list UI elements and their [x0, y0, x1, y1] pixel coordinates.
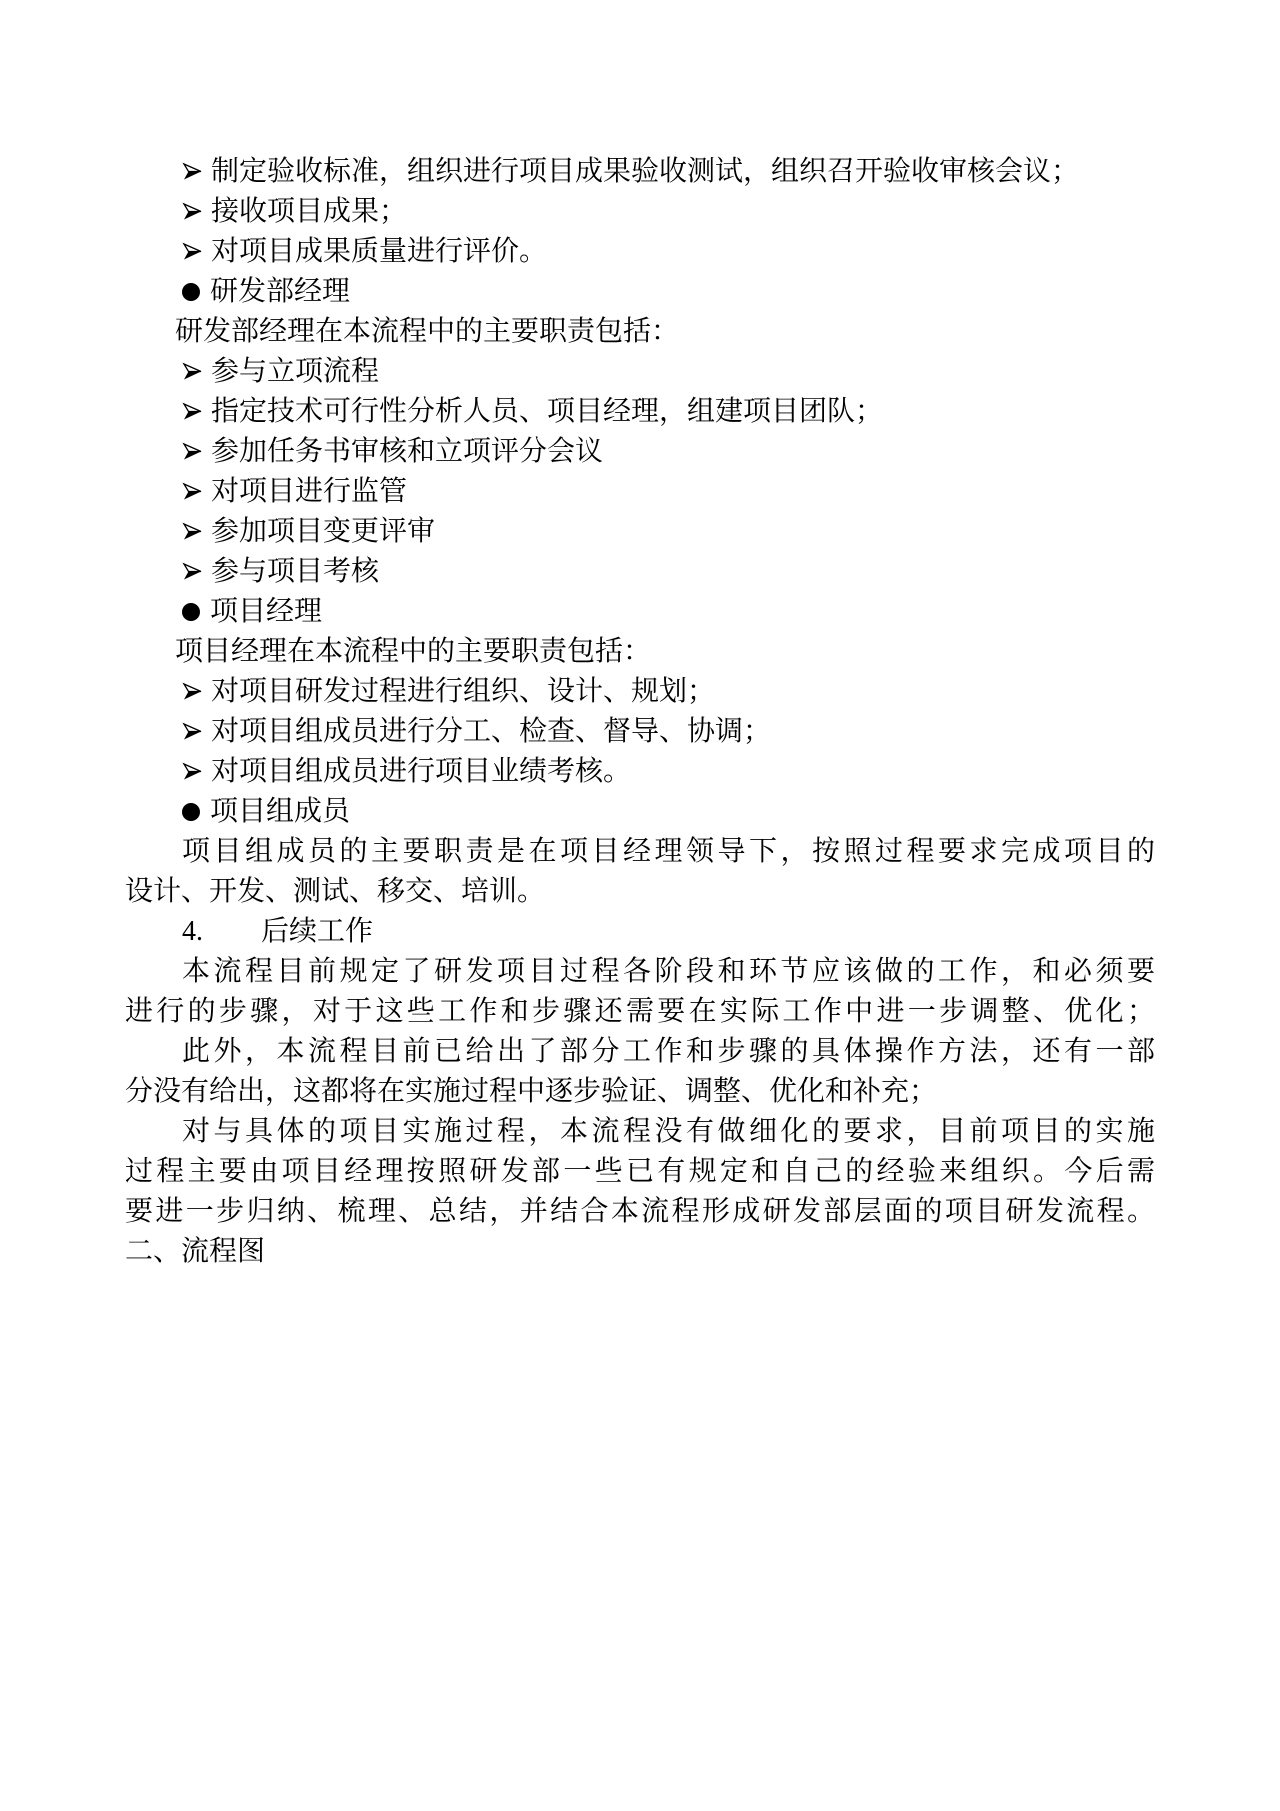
heading-number: 4. — [182, 916, 203, 947]
paragraph-line: 对与具体的项目实施过程，本流程没有做细化的要求，目前项目的实施 — [125, 1112, 1155, 1152]
bullet-text: 接收项目成果； — [211, 196, 407, 227]
arrow-bullet-icon — [182, 681, 203, 702]
bullet-item: 指定技术可行性分析人员、项目经理，组建项目团队； — [125, 392, 1155, 432]
numbered-heading: 4.后续工作 — [125, 912, 1155, 952]
bullet-text: 对项目成果质量进行评价。 — [211, 236, 547, 267]
paragraph-text: 本流程目前规定了研发项目过程各阶段和环节应该做的工作，和必须要 — [182, 956, 1155, 987]
arrow-bullet-icon — [182, 481, 203, 502]
arrow-bullet-icon — [182, 441, 203, 462]
paragraph-line: 此外，本流程目前已给出了部分工作和步骤的具体操作方法，还有一部 — [125, 1032, 1155, 1072]
bullet-item: 对项目组成员进行项目业绩考核。 — [125, 752, 1155, 792]
dot-bullet-icon — [182, 283, 200, 301]
bullet-text: 参加项目变更评审 — [211, 516, 435, 547]
role-bullet-item: 项目组成员 — [125, 792, 1155, 832]
section-heading: 二、流程图 — [125, 1232, 1155, 1272]
bullet-text: 对项目进行监管 — [211, 476, 407, 507]
paragraph-line: 项目经理在本流程中的主要职责包括： — [125, 632, 1155, 672]
arrow-bullet-icon — [182, 161, 203, 182]
paragraph-text: 此外，本流程目前已给出了部分工作和步骤的具体操作方法，还有一部 — [182, 1036, 1155, 1067]
paragraph-text: 要进一步归纳、梳理、总结，并结合本流程形成研发部层面的项目研发流程。 — [125, 1196, 1155, 1227]
paragraph-line: 项目组成员的主要职责是在项目经理领导下，按照过程要求完成项目的 — [125, 832, 1155, 872]
bullet-text: 参与立项流程 — [211, 356, 379, 387]
bullet-item: 接收项目成果； — [125, 192, 1155, 232]
bullet-item: 参与项目考核 — [125, 552, 1155, 592]
arrow-bullet-icon — [182, 401, 203, 422]
paragraph-text: 项目组成员的主要职责是在项目经理领导下，按照过程要求完成项目的 — [182, 836, 1155, 867]
paragraph-text: 对与具体的项目实施过程，本流程没有做细化的要求，目前项目的实施 — [182, 1116, 1155, 1147]
bullet-text: 对项目组成员进行分工、检查、督导、协调； — [211, 716, 771, 747]
text-block: 制定验收标准，组织进行项目成果验收测试，组织召开验收审核会议； 接收项目成果； … — [125, 152, 1155, 1272]
dot-bullet-icon — [182, 803, 200, 821]
role-title: 项目组成员 — [210, 796, 350, 827]
paragraph-line: 要进一步归纳、梳理、总结，并结合本流程形成研发部层面的项目研发流程。 — [125, 1192, 1155, 1232]
section-heading-text: 二、流程图 — [125, 1236, 265, 1267]
paragraph-line: 设计、开发、测试、移交、培训。 — [125, 872, 1155, 912]
bullet-item: 参与立项流程 — [125, 352, 1155, 392]
paragraph-text: 进行的步骤，对于这些工作和步骤还需要在实际工作中进一步调整、优化； — [125, 996, 1155, 1027]
bullet-text: 参加任务书审核和立项评分会议 — [211, 436, 603, 467]
role-bullet-item: 项目经理 — [125, 592, 1155, 632]
bullet-text: 对项目组成员进行项目业绩考核。 — [211, 756, 631, 787]
heading-text: 后续工作 — [261, 916, 373, 947]
bullet-item: 对项目成果质量进行评价。 — [125, 232, 1155, 272]
role-title: 项目经理 — [210, 596, 322, 627]
role-title: 研发部经理 — [210, 276, 350, 307]
arrow-bullet-icon — [182, 761, 203, 782]
arrow-bullet-icon — [182, 721, 203, 742]
bullet-item: 参加项目变更评审 — [125, 512, 1155, 552]
paragraph-text: 设计、开发、测试、移交、培训。 — [125, 876, 545, 907]
arrow-bullet-icon — [182, 361, 203, 382]
role-bullet-item: 研发部经理 — [125, 272, 1155, 312]
paragraph-line: 研发部经理在本流程中的主要职责包括： — [125, 312, 1155, 352]
arrow-bullet-icon — [182, 521, 203, 542]
paragraph-text: 项目经理在本流程中的主要职责包括： — [175, 636, 651, 667]
arrow-bullet-icon — [182, 241, 203, 262]
bullet-text: 制定验收标准，组织进行项目成果验收测试，组织召开验收审核会议； — [211, 156, 1079, 187]
bullet-item: 对项目进行监管 — [125, 472, 1155, 512]
paragraph-line: 分没有给出，这都将在实施过程中逐步验证、调整、优化和补充； — [125, 1072, 1155, 1112]
dot-bullet-icon — [182, 603, 200, 621]
bullet-item: 对项目组成员进行分工、检查、督导、协调； — [125, 712, 1155, 752]
bullet-item: 制定验收标准，组织进行项目成果验收测试，组织召开验收审核会议； — [125, 152, 1155, 192]
paragraph-text: 分没有给出，这都将在实施过程中逐步验证、调整、优化和补充； — [125, 1076, 937, 1107]
bullet-text: 对项目研发过程进行组织、设计、规划； — [211, 676, 715, 707]
paragraph-text: 研发部经理在本流程中的主要职责包括： — [175, 316, 679, 347]
bullet-item: 对项目研发过程进行组织、设计、规划； — [125, 672, 1155, 712]
paragraph-line: 过程主要由项目经理按照研发部一些已有规定和自己的经验来组织。今后需 — [125, 1152, 1155, 1192]
paragraph-text: 过程主要由项目经理按照研发部一些已有规定和自己的经验来组织。今后需 — [125, 1156, 1155, 1187]
bullet-text: 指定技术可行性分析人员、项目经理，组建项目团队； — [211, 396, 883, 427]
paragraph-line: 进行的步骤，对于这些工作和步骤还需要在实际工作中进一步调整、优化； — [125, 992, 1155, 1032]
arrow-bullet-icon — [182, 561, 203, 582]
paragraph-line: 本流程目前规定了研发项目过程各阶段和环节应该做的工作，和必须要 — [125, 952, 1155, 992]
bullet-item: 参加任务书审核和立项评分会议 — [125, 432, 1155, 472]
arrow-bullet-icon — [182, 201, 203, 222]
document-page: 制定验收标准，组织进行项目成果验收测试，组织召开验收审核会议； 接收项目成果； … — [0, 0, 1280, 1811]
bullet-text: 参与项目考核 — [211, 556, 379, 587]
